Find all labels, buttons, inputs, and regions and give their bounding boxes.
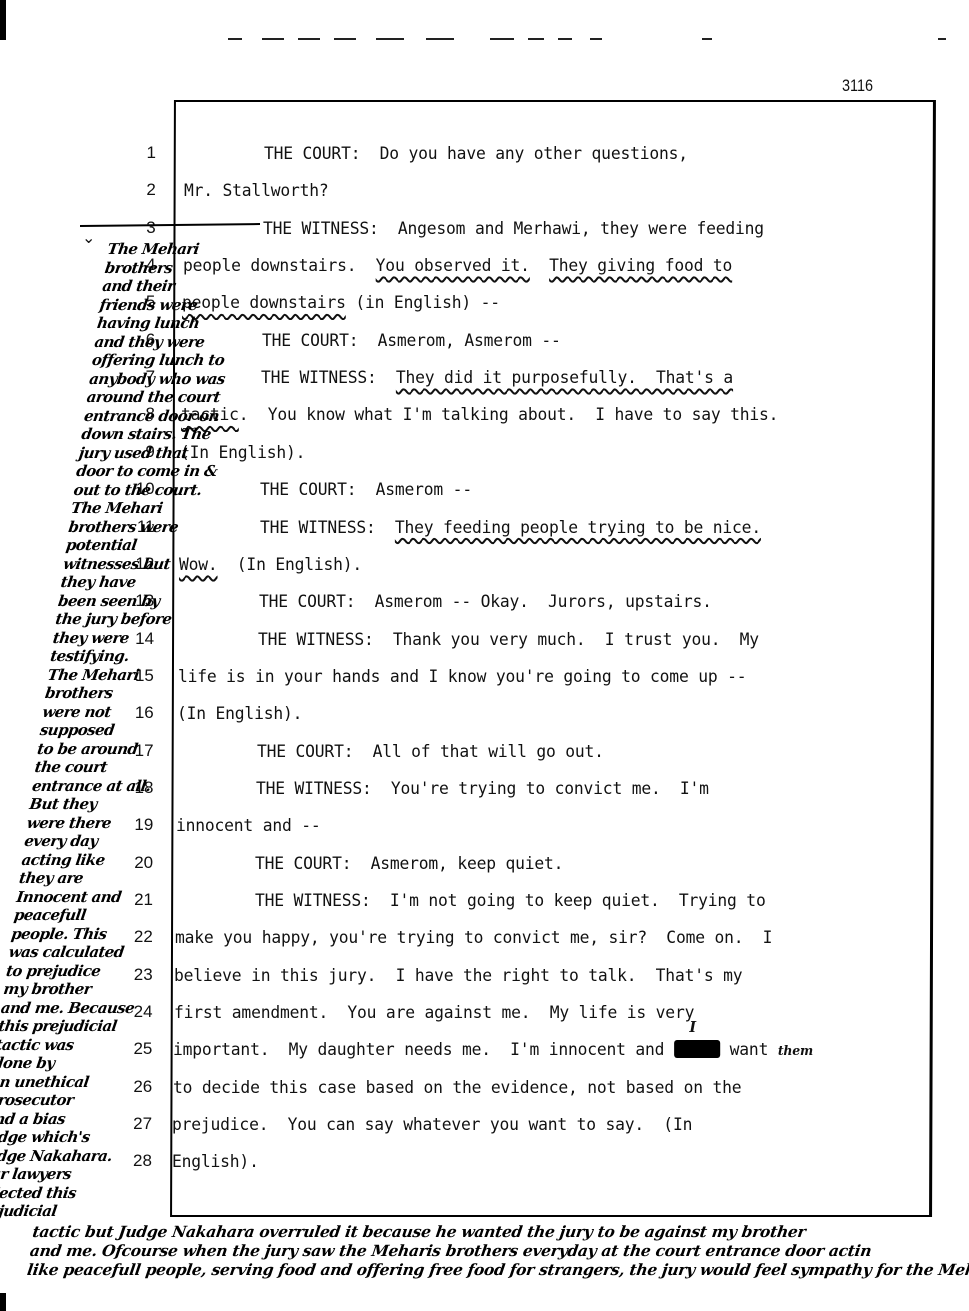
margin-note-line: this prejudicial: [0, 1017, 128, 1036]
line-text: English).: [172, 1152, 259, 1172]
transcript-line: Mr. Stallworth?: [184, 181, 329, 201]
line-text: believe in this jury. I have the right t…: [174, 966, 742, 986]
margin-note-line: The Mehari: [106, 240, 237, 259]
transcript-line: English).: [172, 1152, 259, 1172]
transcript-line: (In English).: [177, 704, 302, 724]
speaker-label: THE COURT:: [260, 480, 356, 500]
margin-note-line: objected this: [0, 1184, 104, 1203]
line-number: 27: [122, 1114, 152, 1134]
line-number: 26: [122, 1077, 152, 1097]
margin-note-line: jury used that: [78, 444, 209, 463]
margin-note-line: were not: [41, 703, 172, 722]
margin-note-line: brothers were: [67, 518, 198, 537]
bottom-note-line: and me. Ofcourse when the jury saw the M…: [29, 1241, 962, 1260]
margin-note-line: down stairs. The: [80, 425, 211, 444]
margin-note-line: entrance door on: [83, 407, 214, 426]
transcript-line: Wow. (In English).: [179, 555, 362, 575]
underlined-text: They did it purposefully. That's a: [396, 368, 733, 388]
line-text: make you happy, you're trying to convict…: [175, 928, 772, 948]
margin-note-line: judge which's: [0, 1128, 112, 1147]
transcript-line: life is in your hands and I know you're …: [178, 667, 746, 687]
line-text: want: [720, 1040, 778, 1060]
transcript-line: make you happy, you're trying to convict…: [175, 928, 772, 948]
line-text: (In English).: [218, 555, 363, 575]
line-text: Asmerom -- Okay. Jurors, upstairs.: [355, 592, 711, 612]
line-text: All of that will go out.: [353, 742, 603, 762]
transcript-line: people downstairs. You observed it. They…: [183, 256, 732, 276]
margin-note-line: and me. Because: [0, 999, 130, 1018]
margin-note-line: The Mehari: [47, 666, 178, 685]
transcript-line: THE COURT: All of that will go out.: [257, 742, 604, 762]
margin-note-line: every day: [23, 832, 154, 851]
transcript-line: THE WITNESS: Angesom and Merhawi, they w…: [263, 219, 764, 239]
margin-note-line: brothers: [104, 259, 235, 278]
margin-note-line: were there: [26, 814, 157, 833]
line-text: I'm not going to keep quiet. Trying to: [371, 891, 766, 911]
line-text: innocent and --: [176, 816, 321, 836]
margin-note-line: done by: [0, 1054, 122, 1073]
margin-note-line: door to come in &: [75, 462, 206, 481]
margin-note-line: offering lunch to: [91, 351, 222, 370]
margin-note-line: brothers: [44, 684, 175, 703]
speaker-label: THE COURT:: [262, 331, 358, 351]
line-number: 3: [126, 218, 156, 238]
margin-note-line: been seen by: [57, 592, 188, 611]
margin-note-line: tactic was: [0, 1036, 125, 1055]
transcript-line: THE COURT: Asmerom, Asmerom --: [262, 331, 561, 351]
margin-note-line: was calculated: [7, 943, 138, 962]
bottom-note-line: tactic but Judge Nakahara overruled it b…: [31, 1222, 964, 1241]
margin-note-line: But they: [28, 795, 159, 814]
margin-note-line: supposed: [39, 721, 170, 740]
margin-note-line: testifying.: [49, 647, 180, 666]
margin-note-line: acting like: [20, 851, 151, 870]
margin-note-line: the court: [33, 758, 164, 777]
margin-note-line: Our lawyers: [0, 1165, 107, 1184]
speaker-label: THE WITNESS:: [255, 891, 371, 911]
margin-note-line: and their: [101, 277, 232, 296]
header-dashes: [110, 38, 730, 40]
transcript-line: THE WITNESS: Thank you very much. I trus…: [258, 630, 759, 650]
scan-edge-mark-bottom: [0, 1293, 6, 1311]
underlined-text: They giving food to: [549, 256, 732, 276]
line-text: [529, 256, 548, 276]
transcript-line: THE WITNESS: You're trying to convict me…: [256, 779, 709, 799]
handwritten-insertion: I: [690, 1018, 697, 1036]
margin-note-line: anybody who was: [88, 370, 219, 389]
redaction-mark: I: [674, 1040, 720, 1058]
speaker-label: THE COURT:: [259, 592, 355, 612]
transcript-line: innocent and --: [176, 816, 321, 836]
line-text: Asmerom --: [356, 480, 472, 500]
line-number: 2: [126, 180, 156, 200]
margin-note-line: prejudicial: [0, 1202, 102, 1221]
line-text: (in English) --: [346, 293, 500, 313]
transcript-line: THE COURT: Asmerom, keep quiet.: [255, 854, 563, 874]
line-text: first amendment. You are against me. My …: [174, 1003, 694, 1023]
margin-note-line: Innocent and: [15, 888, 146, 907]
line-text: important. My daughter needs me. I'm inn…: [173, 1040, 674, 1060]
margin-note-line: friends were: [99, 296, 230, 315]
speaker-label: THE COURT:: [264, 144, 360, 164]
margin-note-line: to be around: [36, 740, 167, 759]
transcript-line: important. My daughter needs me. I'm inn…: [173, 1040, 813, 1060]
margin-note-line: they were: [52, 629, 183, 648]
speaker-label: THE WITNESS:: [258, 630, 374, 650]
line-number: 28: [122, 1151, 152, 1171]
underlined-text: You observed it.: [375, 256, 529, 276]
margin-note-line: to prejudice: [5, 962, 136, 981]
margin-note-line: peacefull: [13, 906, 144, 925]
line-text: life is in your hands and I know you're …: [178, 667, 746, 687]
line-text: to decide this case based on the evidenc…: [173, 1078, 741, 1098]
line-text: Asmerom, Asmerom --: [358, 331, 560, 351]
speaker-label: THE COURT:: [257, 742, 353, 762]
annotation-arrow-icon: ⌄: [82, 228, 95, 247]
handwritten-insertion: them: [778, 1044, 813, 1059]
speaker-label: THE WITNESS:: [256, 779, 372, 799]
margin-note-line: my brother: [2, 980, 133, 999]
margin-note-line: and a bias: [0, 1110, 115, 1129]
speaker-label: THE WITNESS:: [263, 219, 379, 239]
line-text: Thank you very much. I trust you. My: [374, 630, 759, 650]
margin-note-line: The Mehari: [70, 499, 201, 518]
line-text: (In English).: [177, 704, 302, 724]
line-text: prejudice. You can say whatever you want…: [172, 1115, 692, 1135]
scan-edge-mark-top: [0, 0, 6, 40]
margin-note-line: prosecutor: [0, 1091, 117, 1110]
transcript-line: THE COURT: Do you have any other questio…: [264, 144, 688, 164]
transcript-line: to decide this case based on the evidenc…: [173, 1078, 741, 1098]
transcript-line: THE WITNESS: I'm not going to keep quiet…: [255, 891, 766, 911]
transcript-line: THE COURT: Asmerom --: [260, 480, 472, 500]
line-text: You're trying to convict me. I'm: [372, 779, 709, 799]
transcript-line: THE WITNESS: They feeding people trying …: [260, 518, 761, 538]
line-text: . You know what I'm talking about. I hav…: [239, 405, 778, 425]
margin-note-line: the jury before: [54, 610, 185, 629]
margin-note-line: they have: [60, 573, 191, 592]
handwritten-bottom-note: tactic but Judge Nakahara overruled it b…: [26, 1222, 964, 1279]
transcript-line: prejudice. You can say whatever you want…: [172, 1115, 692, 1135]
page-number: 3116: [842, 76, 873, 96]
transcript-line: THE COURT: Asmerom -- Okay. Jurors, upst…: [259, 592, 712, 612]
margin-note-line: Judge Nakahara.: [0, 1147, 109, 1166]
margin-note-line: entrance at all.: [31, 777, 162, 796]
line-number: 25: [122, 1039, 152, 1059]
line-text: [375, 518, 394, 538]
speaker-label: THE WITNESS:: [261, 368, 377, 388]
margin-note-line: and they were: [93, 333, 224, 352]
line-text: [377, 368, 396, 388]
margin-note-line: out to the court.: [73, 481, 204, 500]
transcript-line: first amendment. You are against me. My …: [174, 1003, 694, 1023]
line-number: 1: [126, 143, 156, 163]
margin-note-line: an unethical: [0, 1073, 120, 1092]
margin-note-line: they are: [18, 869, 149, 888]
speaker-label: THE WITNESS:: [260, 518, 376, 538]
margin-note-line: potential: [65, 536, 196, 555]
transcript-line: believe in this jury. I have the right t…: [174, 966, 742, 986]
margin-note-line: witnesses but: [62, 555, 193, 574]
transcript-line: people downstairs (in English) --: [182, 293, 500, 313]
underlined-text: They feeding people trying to be nice.: [394, 518, 760, 538]
line-text: Do you have any other questions,: [360, 144, 688, 164]
line-text: Angesom and Merhawi, they were feeding: [379, 219, 764, 239]
transcript-line: tactic. You know what I'm talking about.…: [181, 405, 778, 425]
line-text: Mr. Stallworth?: [184, 181, 329, 201]
margin-note-line: people. This: [10, 925, 141, 944]
speaker-label: THE COURT:: [255, 854, 351, 874]
transcript-line: THE WITNESS: They did it purposefully. T…: [261, 368, 733, 388]
line-text: Asmerom, keep quiet.: [352, 854, 564, 874]
bottom-note-line: like peacefull people, serving food and …: [26, 1260, 959, 1279]
margin-note-line: around the court: [86, 388, 217, 407]
margin-note-line: having lunch: [96, 314, 227, 333]
